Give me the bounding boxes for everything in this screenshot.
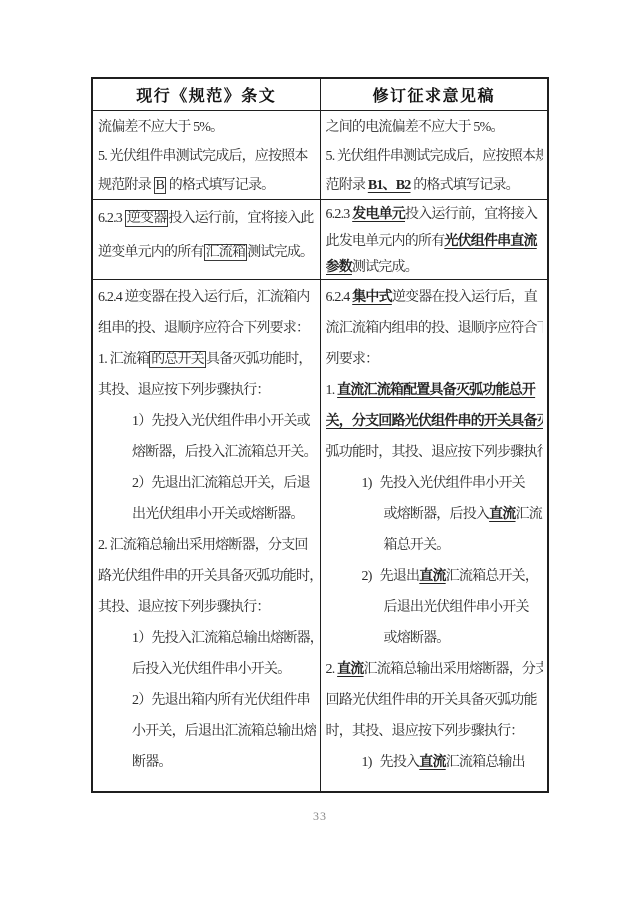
text-segment: 后投入光伏组件串小开关。 <box>132 662 290 677</box>
text-line: 流汇流箱内组串的投、退顺序应符合下 <box>326 313 544 344</box>
text-line: 1）先投入光伏组件串小开关或 <box>98 406 316 437</box>
text-line: 后退出光伏组件串小开关 <box>326 592 544 623</box>
text-line: 路光伏组件串的开关具备灭弧功能时， <box>98 561 316 592</box>
text-line: 或熔断器，后投入直流汇流 <box>326 499 544 530</box>
text-line: 断器。 <box>98 747 316 778</box>
text-line: 5. 光伏组件串测试完成后，应按照本 <box>98 142 316 171</box>
text-line: 1. 直流汇流箱配置具备灭弧功能总开 <box>326 375 544 406</box>
text-segment: 断器。 <box>132 755 172 770</box>
text-line: 2）先退出箱内所有光伏组件串 <box>98 685 316 716</box>
text-line: 列要求： <box>326 344 544 375</box>
cell-current-spec: 6.2.4 逆变器在投入运行后，汇流箱内组串的投、退顺序应符合下列要求：1. 汇… <box>93 280 321 791</box>
text-segment: 流汇流箱内组串的投、退顺序应符合下 <box>326 321 544 336</box>
text-line: 规范附录 B 的格式填写记录。 <box>98 171 316 199</box>
text-segment: 弧功能时，其投、退应按下列步骤执行： <box>326 445 544 460</box>
text-line: 6.2.4 逆变器在投入运行后，汇流箱内 <box>98 282 316 313</box>
text-line: 1. 汇流箱的总开关具备灭弧功能时， <box>98 344 316 375</box>
added-text: 直流 <box>419 569 445 584</box>
text-segment: 1) 先投入 <box>362 755 420 770</box>
text-segment: 2）先退出汇流箱总开关，后退 <box>132 476 310 491</box>
added-text: 发电单元 <box>352 207 405 222</box>
text-segment: 汇流箱总输出 <box>446 755 525 770</box>
table-row: 6.2.3 逆变器投入运行前，宜将接入此逆变单元内的所有汇流箱测试完成。6.2.… <box>93 200 547 280</box>
text-segment: 或熔断器。 <box>384 631 450 646</box>
text-segment: 1. 汇流箱 <box>98 352 149 367</box>
text-segment: 后退出光伏组件串小开关 <box>384 600 529 615</box>
text-segment: 其投、退应按下列步骤执行： <box>98 600 270 615</box>
text-segment: 规范附录 <box>98 178 154 193</box>
header-current-spec: 现行《规范》条文 <box>93 79 321 110</box>
text-segment: 汇流箱总开关， <box>446 569 538 584</box>
added-text: B1、B2 <box>368 178 411 193</box>
text-segment: 小开关，后退出汇流箱总输出熔 <box>132 724 316 739</box>
text-line: 1) 先投入光伏组件串小开关 <box>326 468 544 499</box>
text-segment: 5. 光伏组件串测试完成后，应按照本 <box>98 149 308 164</box>
text-segment: 投入运行前，宜将接入此 <box>168 211 313 226</box>
text-segment: 6.2.3 <box>98 211 125 226</box>
added-text: 直流 <box>419 755 445 770</box>
text-line: 流偏差不应大于 5%。 <box>98 113 316 142</box>
text-line: 6.2.3 发电单元投入运行前，宜将接入 <box>326 202 544 229</box>
text-segment: 汇流箱总输出采用熔断器，分支 <box>364 662 543 677</box>
text-line: 6.2.4 集中式逆变器在投入运行后，直 <box>326 282 544 313</box>
text-segment: 的格式填写记录。 <box>166 178 274 193</box>
table-header-row: 现行《规范》条文 修订征求意见稿 <box>93 79 547 111</box>
table-row: 6.2.4 逆变器在投入运行后，汇流箱内组串的投、退顺序应符合下列要求：1. 汇… <box>93 280 547 791</box>
deleted-text: B <box>154 177 167 194</box>
deleted-text: 逆变器 <box>125 210 169 227</box>
text-segment: 投入运行前，宜将接入 <box>405 207 537 222</box>
text-segment: 2. <box>326 662 338 677</box>
text-line: 关，分支回路光伏组件串的开关具备灭 <box>326 406 544 437</box>
added-text: 参数 <box>326 260 352 275</box>
text-line: 2) 先退出直流汇流箱总开关， <box>326 561 544 592</box>
text-segment: 测试完成。 <box>247 245 313 260</box>
text-line: 出光伏组串小开关或熔断器。 <box>98 499 316 530</box>
page-number: 33 <box>0 809 640 824</box>
text-segment: 此发电单元内的所有 <box>326 234 445 249</box>
text-line: 2）先退出汇流箱总开关，后退 <box>98 468 316 499</box>
text-line: 弧功能时，其投、退应按下列步骤执行： <box>326 437 544 468</box>
text-segment: 箱总开关。 <box>384 538 450 553</box>
text-segment: 5. 光伏组件串测试完成后，应按照本规 <box>326 149 544 164</box>
comparison-table: 现行《规范》条文 修订征求意见稿 流偏差不应大于 5%。5. 光伏组件串测试完成… <box>91 77 549 793</box>
cell-current-spec: 流偏差不应大于 5%。5. 光伏组件串测试完成后，应按照本规范附录 B 的格式填… <box>93 111 321 199</box>
text-segment: 组串的投、退顺序应符合下列要求： <box>98 321 309 336</box>
text-line: 范附录 B1、B2 的格式填写记录。 <box>326 171 544 199</box>
table-row: 流偏差不应大于 5%。5. 光伏组件串测试完成后，应按照本规范附录 B 的格式填… <box>93 111 547 200</box>
text-segment: 1. <box>326 383 338 398</box>
text-segment: 的格式填写记录。 <box>411 178 519 193</box>
text-segment: 6.2.3 <box>326 207 353 222</box>
cell-current-spec: 6.2.3 逆变器投入运行前，宜将接入此逆变单元内的所有汇流箱测试完成。 <box>93 200 321 279</box>
text-line: 之间的电流偏差不应大于 5%。 <box>326 113 544 142</box>
text-line: 回路光伏组件串的开关具备灭弧功能 <box>326 685 544 716</box>
text-segment: 熔断器，后投入汇流箱总开关。 <box>132 445 316 460</box>
text-segment: 时，其投、退应按下列步骤执行： <box>326 724 524 739</box>
text-segment: 回路光伏组件串的开关具备灭弧功能 <box>326 693 537 708</box>
added-text: 直流汇流箱配置具备灭弧功能总开 <box>337 383 535 398</box>
added-text: 集中式 <box>352 290 392 305</box>
text-segment: 6.2.4 <box>326 290 353 305</box>
text-line: 参数测试完成。 <box>326 255 544 279</box>
text-segment: 或熔断器，后投入 <box>384 507 490 522</box>
text-line: 其投、退应按下列步骤执行： <box>98 592 316 623</box>
text-line: 2. 汇流箱总输出采用熔断器，分支回 <box>98 530 316 561</box>
added-text: 关，分支回路光伏组件串的开关具备灭 <box>326 414 544 429</box>
text-line: 1）先投入汇流箱总输出熔断器， <box>98 623 316 654</box>
deleted-text: 的总开关 <box>149 351 206 368</box>
text-line: 组串的投、退顺序应符合下列要求： <box>98 313 316 344</box>
text-line: 5. 光伏组件串测试完成后，应按照本规 <box>326 142 544 171</box>
cell-revision-draft: 之间的电流偏差不应大于 5%。5. 光伏组件串测试完成后，应按照本规范附录 B1… <box>321 111 548 199</box>
added-text: 直流 <box>489 507 515 522</box>
text-segment: 1) 先投入光伏组件串小开关 <box>362 476 525 491</box>
table-body: 流偏差不应大于 5%。5. 光伏组件串测试完成后，应按照本规范附录 B 的格式填… <box>93 111 547 791</box>
text-segment: 2) 先退出 <box>362 569 420 584</box>
text-segment: 路光伏组件串的开关具备灭弧功能时， <box>98 569 316 584</box>
text-line: 6.2.3 逆变器投入运行前，宜将接入此 <box>98 202 316 236</box>
text-line: 熔断器，后投入汇流箱总开关。 <box>98 437 316 468</box>
cell-revision-draft: 6.2.4 集中式逆变器在投入运行后，直流汇流箱内组串的投、退顺序应符合下列要求… <box>321 280 548 791</box>
text-line: 其投、退应按下列步骤执行： <box>98 375 316 406</box>
text-segment: 逆变单元内的所有 <box>98 245 204 260</box>
text-segment: 列要求： <box>326 352 379 367</box>
text-line: 或熔断器。 <box>326 623 544 654</box>
text-segment: 出光伏组串小开关或熔断器。 <box>132 507 304 522</box>
text-line: 小开关，后退出汇流箱总输出熔 <box>98 716 316 747</box>
text-segment: 测试完成。 <box>352 260 418 275</box>
added-text: 光伏组件串直流 <box>444 234 536 249</box>
text-segment: 1）先投入汇流箱总输出熔断器， <box>132 631 316 646</box>
text-segment: 流偏差不应大于 5%。 <box>98 120 223 135</box>
text-segment: 1）先投入光伏组件串小开关或 <box>132 414 310 429</box>
text-line: 逆变单元内的所有汇流箱测试完成。 <box>98 236 316 270</box>
text-segment: 6.2.4 逆变器在投入运行后，汇流箱内 <box>98 290 310 305</box>
added-text: 直流 <box>337 662 363 677</box>
text-segment: 之间的电流偏差不应大于 5%。 <box>326 120 504 135</box>
text-segment: 逆变器在投入运行后，直 <box>392 290 537 305</box>
text-segment: 汇流 <box>516 507 542 522</box>
text-segment: 具备灭弧功能时， <box>206 352 312 367</box>
text-segment: 范附录 <box>326 178 368 193</box>
cell-revision-draft: 6.2.3 发电单元投入运行前，宜将接入此发电单元内的所有光伏组件串直流参数测试… <box>321 200 548 279</box>
text-segment: 其投、退应按下列步骤执行： <box>98 383 270 398</box>
deleted-text: 汇流箱 <box>204 244 248 261</box>
header-revision-draft: 修订征求意见稿 <box>321 79 548 110</box>
text-line: 箱总开关。 <box>326 530 544 561</box>
text-segment: 2）先退出箱内所有光伏组件串 <box>132 693 310 708</box>
text-segment: 2. 汇流箱总输出采用熔断器，分支回 <box>98 538 308 553</box>
text-line: 后投入光伏组件串小开关。 <box>98 654 316 685</box>
text-line: 时，其投、退应按下列步骤执行： <box>326 716 544 747</box>
text-line: 此发电单元内的所有光伏组件串直流 <box>326 229 544 256</box>
text-line: 2. 直流汇流箱总输出采用熔断器，分支 <box>326 654 544 685</box>
text-line: 1) 先投入直流汇流箱总输出 <box>326 747 544 778</box>
